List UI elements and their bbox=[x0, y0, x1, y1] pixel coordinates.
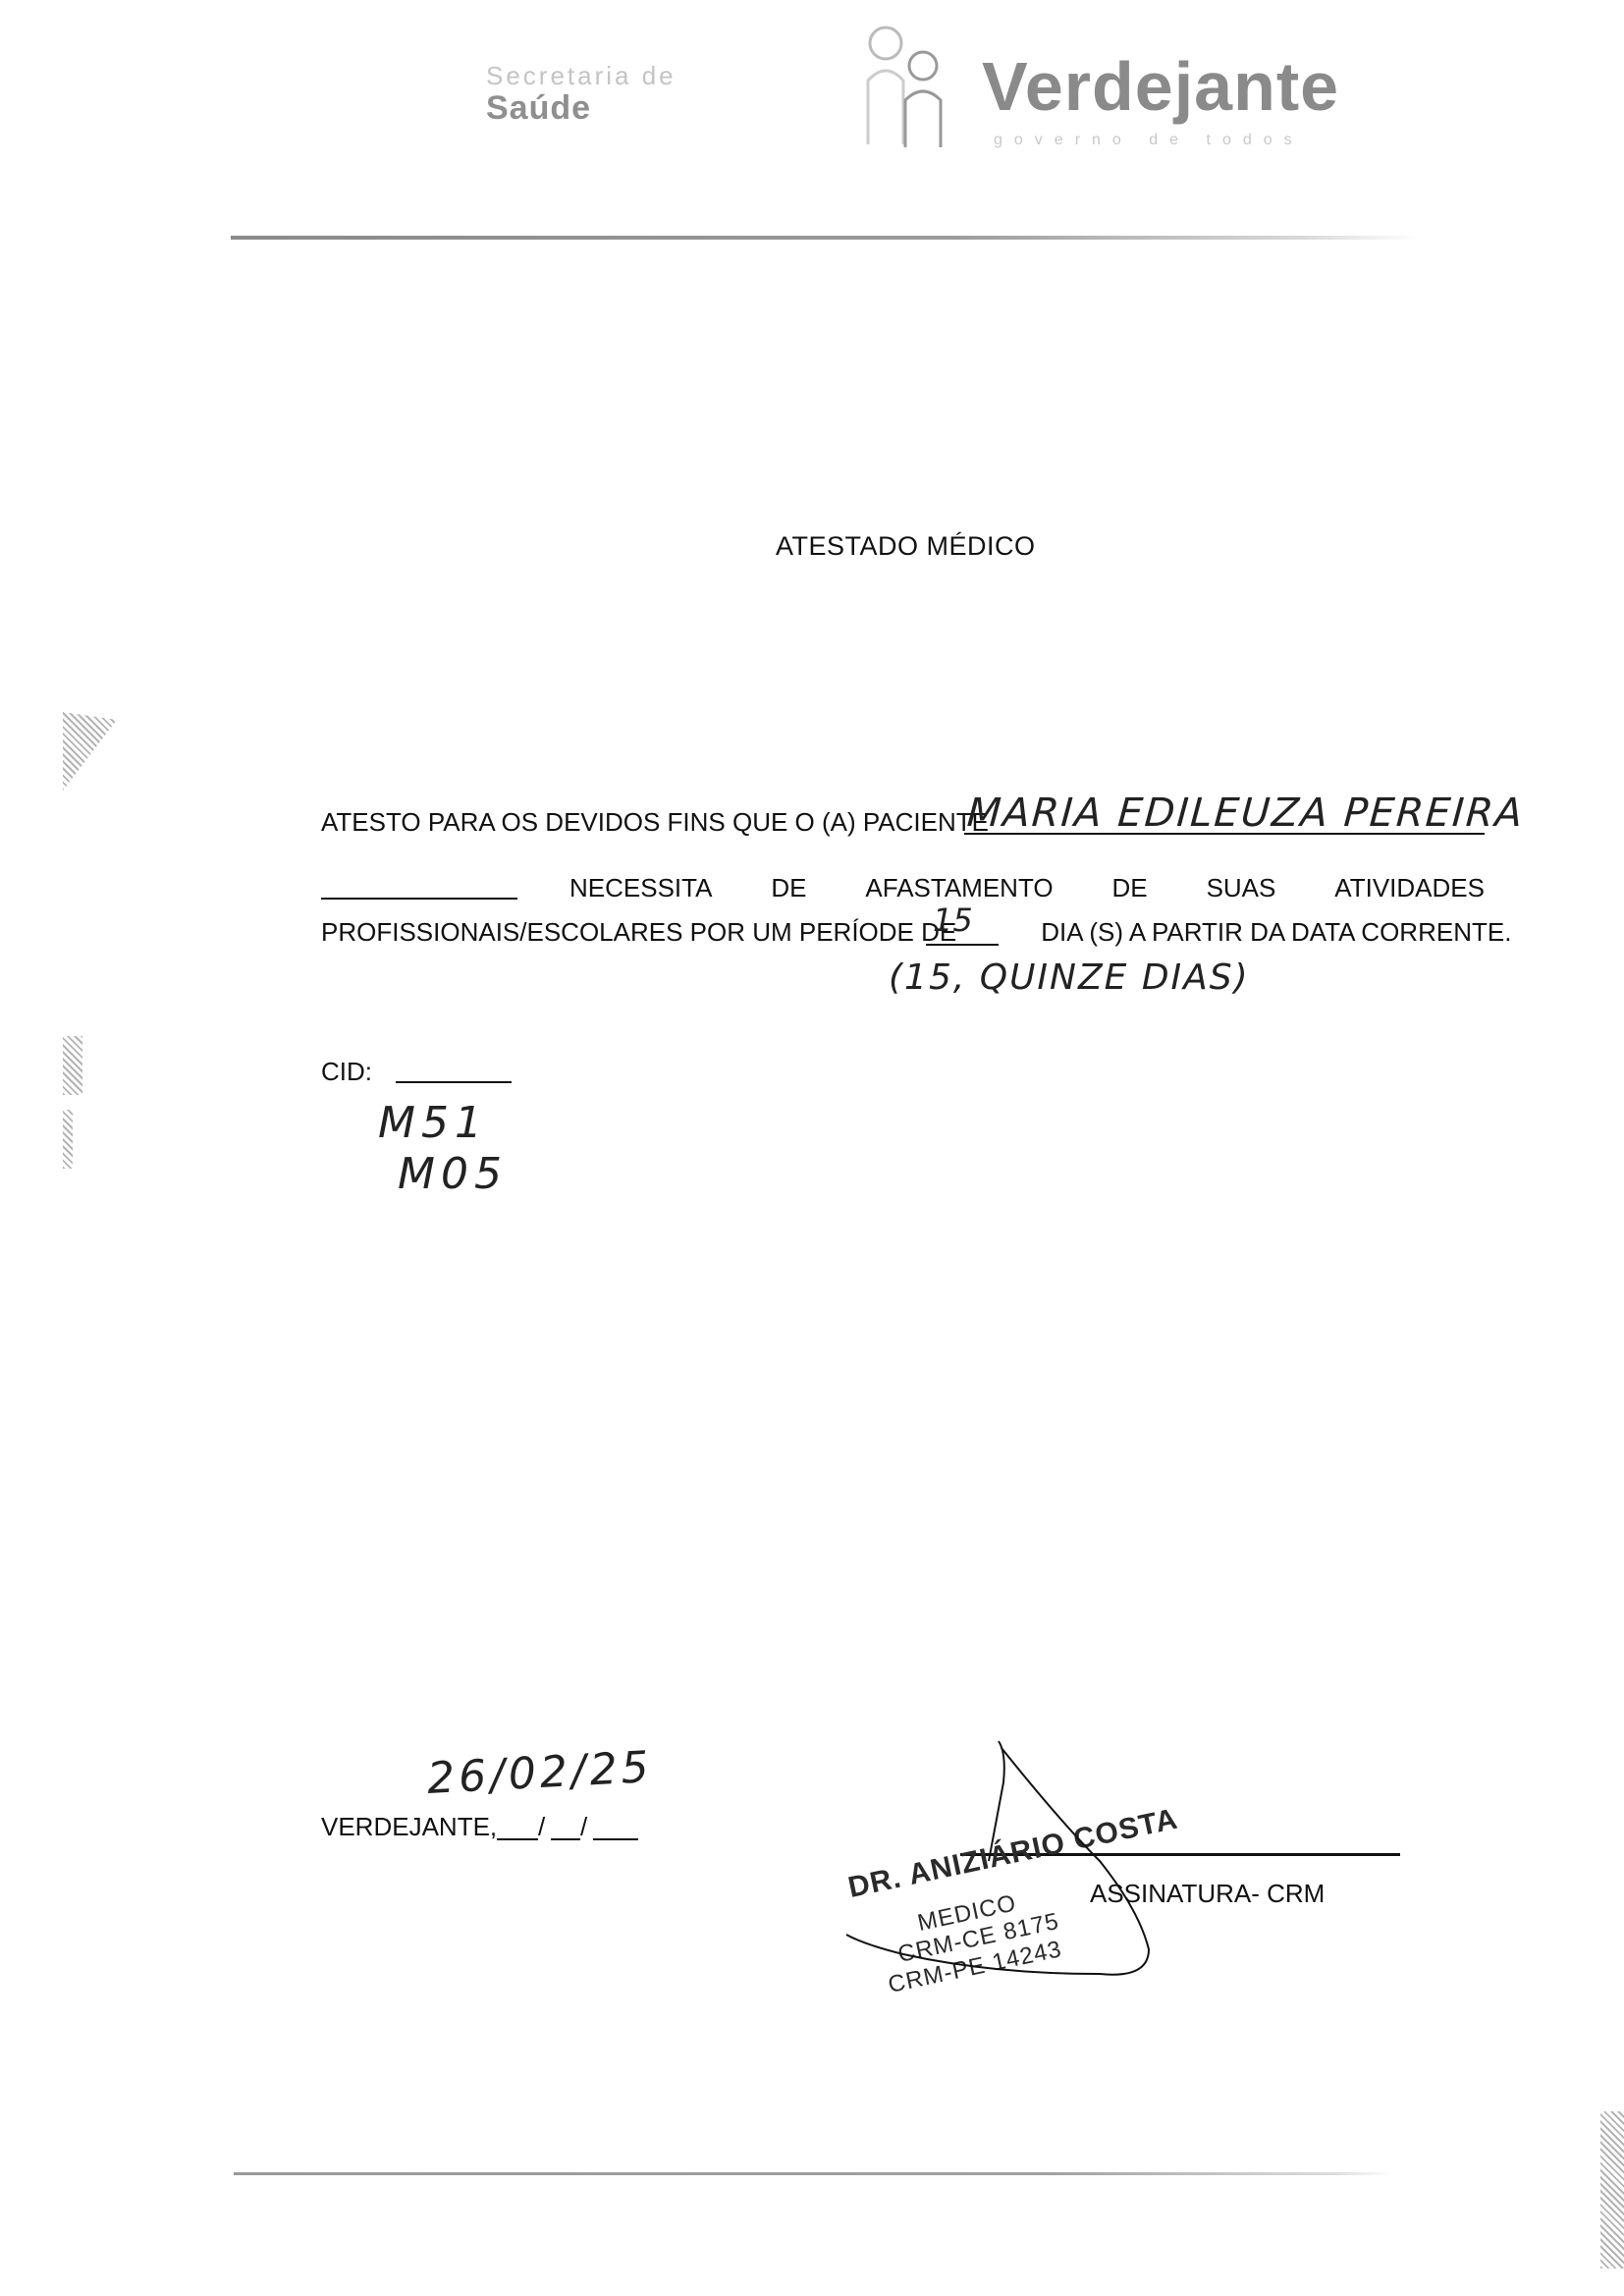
attest-line-3: PROFISSIONAIS/ESCOLARES POR UM PERÍODE D… bbox=[321, 917, 1511, 948]
word-1: NECESSITA bbox=[569, 873, 712, 903]
attest-line-2: NECESSITA DE AFASTAMENTO DE SUAS ATIVIDA… bbox=[569, 873, 1485, 903]
date-year-line bbox=[593, 1838, 638, 1840]
cid-code-1-handwritten: M51 bbox=[378, 1098, 488, 1148]
footer-divider bbox=[234, 2172, 1392, 2175]
secretaria-saude-logo: Secretaria de Saúde bbox=[486, 61, 677, 128]
people-logo-icon bbox=[854, 22, 962, 149]
date-separator-1: / bbox=[538, 1812, 545, 1842]
date-separator-2: / bbox=[580, 1812, 587, 1842]
scan-artifact bbox=[63, 712, 117, 791]
days-number-handwritten: 15 bbox=[933, 902, 973, 939]
days-field-line bbox=[926, 944, 999, 946]
brand-name: Verdejante bbox=[982, 47, 1339, 126]
attest-line-1: ATESTO PARA OS DEVIDOS FINS QUE O (A) PA… bbox=[321, 807, 989, 838]
city-label: VERDEJANTE, bbox=[321, 1812, 497, 1842]
scan-artifact bbox=[1600, 2111, 1624, 2269]
date-day-line bbox=[497, 1838, 538, 1840]
logo-left-line2: Saúde bbox=[486, 89, 677, 128]
line3-prefix: PROFISSIONAIS/ESCOLARES POR UM PERÍODE D… bbox=[321, 917, 956, 947]
line3-suffix: DIA (S) A PARTIR DA DATA CORRENTE. bbox=[1041, 917, 1511, 947]
cid-label: CID: bbox=[321, 1057, 372, 1087]
word-2: DE bbox=[771, 873, 806, 903]
scan-artifact bbox=[63, 1036, 82, 1095]
word-5: SUAS bbox=[1207, 873, 1276, 903]
brand-tagline: governo de todos bbox=[994, 132, 1304, 149]
date-month-line bbox=[551, 1838, 580, 1840]
patient-name-continuation-line bbox=[321, 898, 517, 900]
scan-artifact bbox=[63, 1110, 73, 1169]
date-handwritten: 26/02/25 bbox=[426, 1742, 654, 1804]
patient-name-handwritten: MARIA EDILEUZA PEREIRA bbox=[965, 791, 1525, 836]
word-3: AFASTAMENTO bbox=[865, 873, 1053, 903]
word-4: DE bbox=[1112, 873, 1148, 903]
header-divider bbox=[231, 236, 1419, 240]
document-title: ATESTADO MÉDICO bbox=[776, 531, 1036, 562]
signature-scribble-icon bbox=[825, 1714, 1218, 1989]
logo-left-line1: Secretaria de bbox=[486, 61, 677, 91]
cid-code-2-handwritten: M05 bbox=[398, 1149, 508, 1199]
word-6: ATIVIDADES bbox=[1334, 873, 1485, 903]
days-words-handwritten: (15, QUINZE DIAS) bbox=[889, 957, 1250, 998]
cid-field-line bbox=[396, 1081, 512, 1083]
